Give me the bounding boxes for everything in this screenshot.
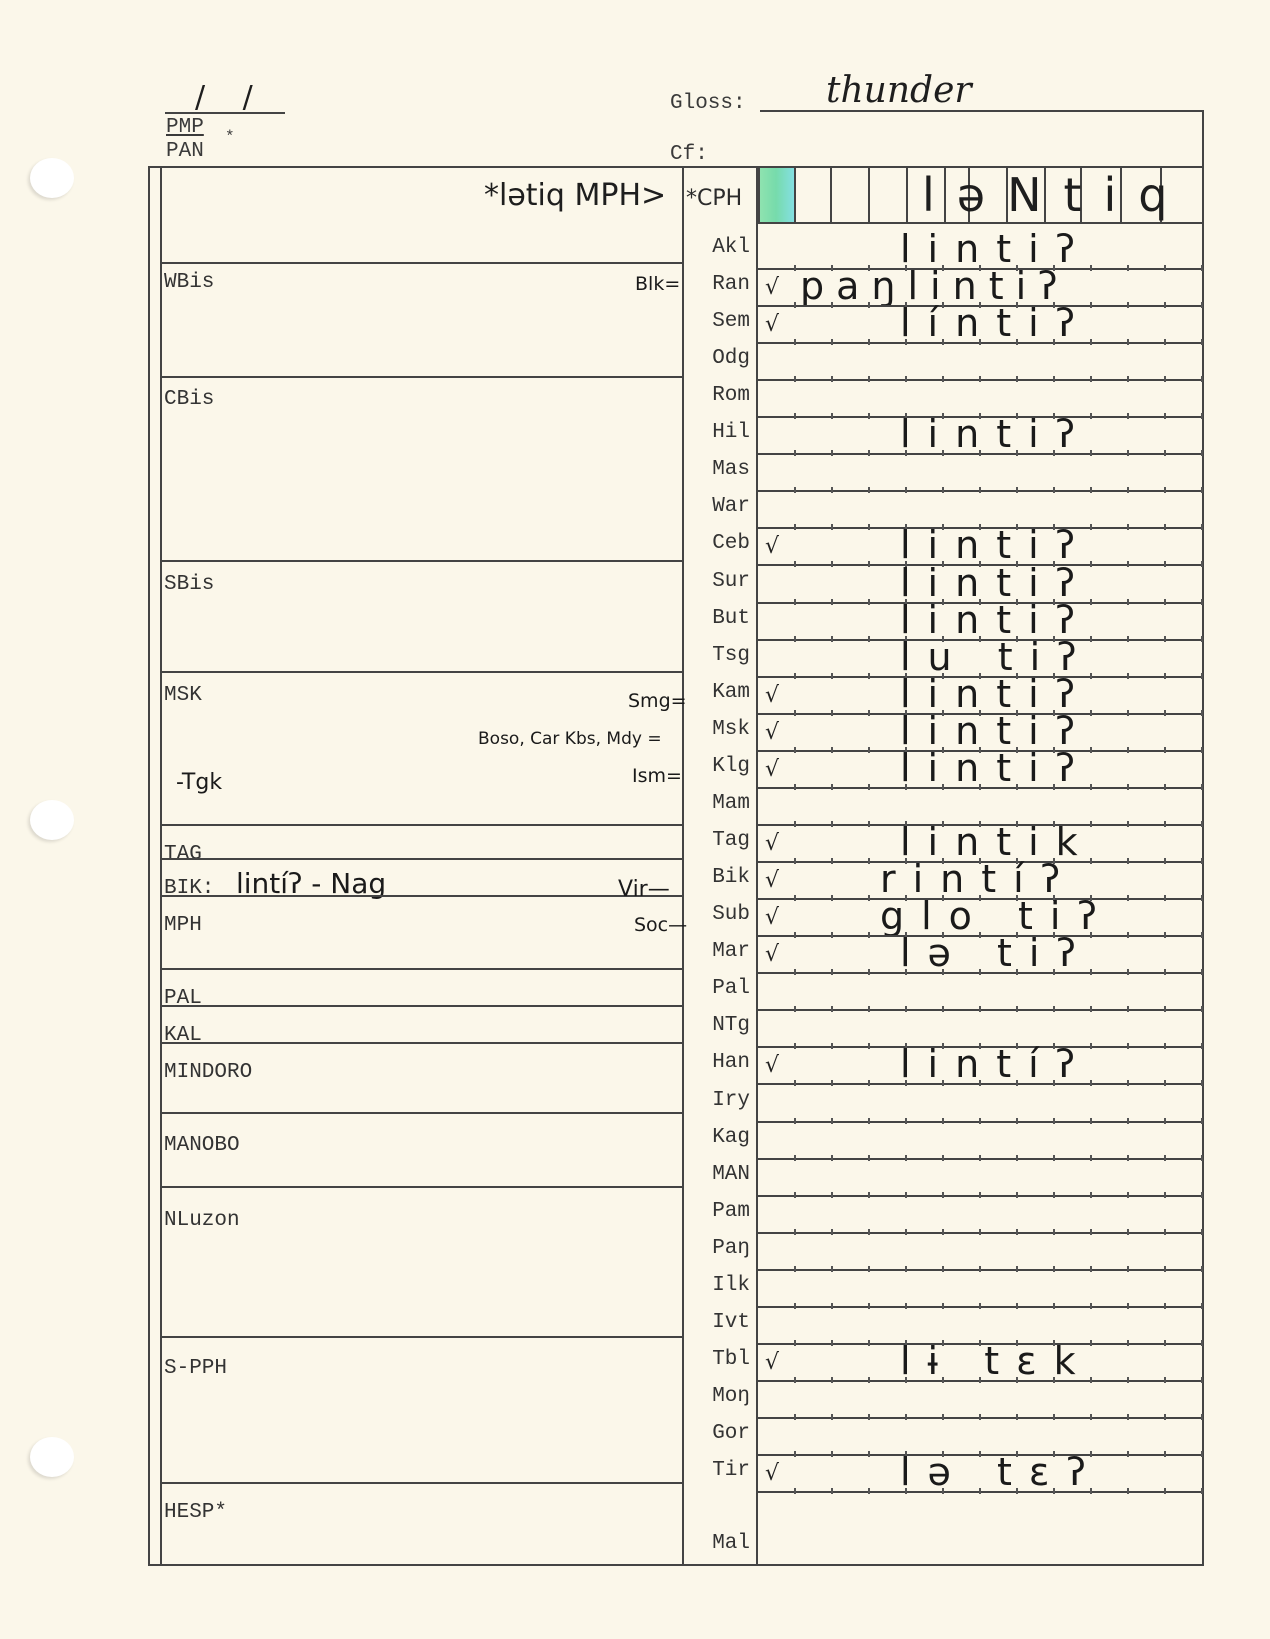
- ruled-tick: [1127, 1340, 1129, 1346]
- ruled-tick: [794, 784, 796, 790]
- ruled-tick: [1164, 487, 1166, 493]
- ruled-tick: [794, 561, 796, 567]
- ruled-tick: [868, 710, 870, 716]
- ruled-tick: [1164, 1266, 1166, 1272]
- ruled-tick: [794, 413, 796, 419]
- punch-hole-middle: [30, 800, 74, 840]
- ruled-tick: [1164, 1451, 1166, 1457]
- language-code: Sub: [676, 903, 750, 926]
- ruled-tick: [1201, 1266, 1203, 1272]
- ruled-tick: [1164, 1303, 1166, 1309]
- ruled-tick: [794, 1451, 796, 1457]
- ruled-tick: [942, 1266, 944, 1272]
- ruled-tick: [1090, 1377, 1092, 1383]
- ruled-tick: [905, 1192, 907, 1198]
- ruled-tick: [794, 1229, 796, 1235]
- ruled-tick: [1090, 1118, 1092, 1124]
- ruled-tick: [868, 1155, 870, 1161]
- ruled-tick: [831, 302, 833, 308]
- ruled-tick: [794, 1414, 796, 1420]
- ruled-tick: [1127, 487, 1129, 493]
- ruled-tick: [1201, 487, 1203, 493]
- ruled-tick: [1090, 1266, 1092, 1272]
- cognate-form[interactable]: lintik: [900, 823, 1095, 861]
- ruled-tick: [1164, 1118, 1166, 1124]
- cognate-form[interactable]: lɨ tɛk: [900, 1342, 1093, 1380]
- ruled-tick: [794, 1043, 796, 1049]
- ruled-tick: [1164, 784, 1166, 790]
- ruled-tick: [794, 1118, 796, 1124]
- check-mark-icon[interactable]: √: [765, 275, 779, 300]
- language-code: Akl: [676, 236, 750, 259]
- check-mark-icon[interactable]: √: [765, 683, 779, 708]
- language-code: Msk: [676, 718, 750, 741]
- ruled-tick: [905, 1266, 907, 1272]
- cognate-form[interactable]: lintiʔ: [900, 712, 1092, 750]
- ruled-tick: [1164, 376, 1166, 382]
- section-label: MINDORO: [164, 1061, 252, 1084]
- ruled-tick: [905, 1080, 907, 1086]
- section-label: -Tgk: [176, 770, 222, 795]
- punch-hole-top: [30, 158, 74, 198]
- ruled-tick: [905, 1488, 907, 1494]
- ruled-tick: [1127, 1266, 1129, 1272]
- cognate-form[interactable]: lintiʔ: [900, 675, 1092, 713]
- star-marker: *: [225, 128, 235, 146]
- ruled-tick: [831, 1043, 833, 1049]
- ruled-tick: [794, 1303, 796, 1309]
- ruled-tick: [794, 636, 796, 642]
- check-mark-icon[interactable]: √: [765, 1350, 779, 1375]
- ruled-tick: [1201, 1377, 1203, 1383]
- ruled-tick: [868, 1451, 870, 1457]
- ruled-tick: [794, 339, 796, 345]
- ruled-tick: [1164, 1229, 1166, 1235]
- cognate-form[interactable]: lintiʔ: [900, 601, 1092, 639]
- check-mark-icon[interactable]: √: [765, 534, 779, 559]
- ruled-tick: [1201, 673, 1203, 679]
- ruled-tick: [868, 376, 870, 382]
- ruled-tick: [1127, 784, 1129, 790]
- ruled-tick: [831, 1451, 833, 1457]
- ruled-tick: [794, 673, 796, 679]
- ruled-tick: [942, 1377, 944, 1383]
- ruled-tick: [905, 487, 907, 493]
- ruled-tick: [831, 1488, 833, 1494]
- ruled-tick: [831, 1414, 833, 1420]
- ruled-tick: [1053, 1377, 1055, 1383]
- ruled-tick: [1053, 969, 1055, 975]
- language-code: Rom: [676, 384, 750, 407]
- ruled-tick: [1164, 636, 1166, 642]
- table-right-border: [1202, 110, 1204, 1566]
- ruled-tick: [868, 487, 870, 493]
- ruled-tick: [979, 1488, 981, 1494]
- ruled-tick: [942, 487, 944, 493]
- cf-label: Cf:: [670, 143, 708, 166]
- ruled-tick: [831, 710, 833, 716]
- section-label: TAG: [164, 843, 202, 866]
- ruled-tick: [794, 1377, 796, 1383]
- ruled-tick: [1201, 636, 1203, 642]
- ruled-tick: [868, 636, 870, 642]
- ruled-tick: [979, 784, 981, 790]
- ruled-tick: [1201, 969, 1203, 975]
- ruled-tick: [831, 487, 833, 493]
- cognate-form[interactable]: lintiʔ: [900, 564, 1092, 602]
- check-mark-icon[interactable]: √: [765, 312, 779, 337]
- cph-grid-cell: [906, 168, 908, 224]
- ruled-tick: [1090, 339, 1092, 345]
- ruled-tick: [942, 969, 944, 975]
- ruled-tick: [794, 1340, 796, 1346]
- ruled-tick: [1016, 1080, 1018, 1086]
- ruled-tick: [1090, 784, 1092, 790]
- ruled-tick: [942, 1080, 944, 1086]
- ruled-tick: [868, 339, 870, 345]
- ruled-tick: [1090, 1229, 1092, 1235]
- ruled-tick: [868, 1377, 870, 1383]
- ruled-tick: [1016, 1377, 1018, 1383]
- note-bik: Vir—: [618, 877, 670, 902]
- note-ran: Blk=: [635, 273, 680, 295]
- ruled-tick: [831, 895, 833, 901]
- ruled-tick: [1201, 1303, 1203, 1309]
- ruled-tick: [979, 339, 981, 345]
- ruled-tick: [1127, 821, 1129, 827]
- ruled-tick: [1016, 784, 1018, 790]
- ruled-tick: [831, 636, 833, 642]
- ruled-tick: [1201, 784, 1203, 790]
- ruled-tick: [1164, 413, 1166, 419]
- section-divider: [160, 1042, 682, 1044]
- ruled-tick: [868, 784, 870, 790]
- gloss-label: Gloss:: [670, 92, 746, 115]
- ruled-tick: [794, 487, 796, 493]
- ruled-tick: [1164, 1377, 1166, 1383]
- cognate-form[interactable]: lintíʔ: [900, 1045, 1092, 1083]
- ruled-tick: [1127, 747, 1129, 753]
- language-code: Tir: [676, 1459, 750, 1482]
- gloss-value[interactable]: thunder: [826, 70, 972, 111]
- ruled-tick: [831, 1340, 833, 1346]
- ruled-tick: [1053, 487, 1055, 493]
- ruled-tick: [794, 1006, 796, 1012]
- section-label: WBis: [164, 271, 214, 294]
- language-code: Mas: [676, 458, 750, 481]
- ruled-tick: [1016, 969, 1018, 975]
- cognate-form[interactable]: lintiʔ: [900, 749, 1092, 787]
- ruled-tick: [979, 1080, 981, 1086]
- check-mark-icon[interactable]: √: [765, 942, 779, 967]
- pmp-label: PMP: [166, 116, 204, 139]
- ruled-tick: [905, 450, 907, 456]
- language-code: Ilk: [676, 1274, 750, 1297]
- check-mark-icon[interactable]: √: [765, 831, 779, 856]
- cognate-form[interactable]: líntiʔ: [900, 304, 1092, 342]
- ruled-tick: [979, 1192, 981, 1198]
- ruled-tick: [1127, 1043, 1129, 1049]
- ruled-tick: [1090, 1303, 1092, 1309]
- ruled-tick: [1127, 1118, 1129, 1124]
- language-code: Iry: [676, 1089, 750, 1112]
- ruled-tick: [794, 710, 796, 716]
- cognate-form[interactable]: lə tɛʔ: [900, 1453, 1103, 1491]
- ruled-tick: [1127, 969, 1129, 975]
- ruled-tick: [979, 1414, 981, 1420]
- ruled-tick: [1201, 858, 1203, 864]
- ruled-tick: [905, 1006, 907, 1012]
- section-label: NLuzon: [164, 1209, 240, 1232]
- cph-highlight: [758, 168, 794, 222]
- ruled-tick: [831, 1266, 833, 1272]
- language-code: Han: [676, 1051, 750, 1074]
- ruled-tick: [942, 1303, 944, 1309]
- section-divider: [160, 671, 682, 673]
- language-code: Ran: [676, 273, 750, 296]
- section-divider: [160, 858, 682, 860]
- ruled-tick: [831, 376, 833, 382]
- ruled-tick: [794, 1488, 796, 1494]
- ruled-tick: [1016, 1414, 1018, 1420]
- cognate-form[interactable]: lə tiʔ: [900, 934, 1093, 972]
- ruled-tick: [794, 450, 796, 456]
- section-divider: [160, 968, 682, 970]
- ruled-tick: [1164, 1340, 1166, 1346]
- ruled-tick: [1127, 636, 1129, 642]
- ruled-tick: [794, 969, 796, 975]
- ruled-tick: [942, 376, 944, 382]
- pmp-underline: [165, 112, 285, 114]
- ruled-tick: [942, 1006, 944, 1012]
- ruled-tick: [1016, 1118, 1018, 1124]
- ruled-tick: [1090, 1192, 1092, 1198]
- ruled-tick: [1127, 710, 1129, 716]
- ruled-tick: [1201, 1340, 1203, 1346]
- ruled-tick: [794, 821, 796, 827]
- ruled-tick: [1201, 1192, 1203, 1198]
- cognate-form[interactable]: rintíʔ: [880, 860, 1077, 898]
- ruled-tick: [979, 1377, 981, 1383]
- note-msk: Boso, Car Kbs, Mdy =: [478, 729, 662, 749]
- ruled-tick: [942, 784, 944, 790]
- cognate-form[interactable]: lintiʔ: [900, 415, 1092, 453]
- language-code: Gor: [676, 1422, 750, 1445]
- ruled-tick: [794, 524, 796, 530]
- ruled-tick: [905, 1377, 907, 1383]
- ruled-tick: [1201, 1118, 1203, 1124]
- ruled-tick: [831, 1155, 833, 1161]
- ruled-tick: [868, 1118, 870, 1124]
- ruled-tick: [1201, 821, 1203, 827]
- table-bottom-border: [148, 1564, 1204, 1566]
- ruled-tick: [1164, 895, 1166, 901]
- section-label: MANOBO: [164, 1134, 240, 1157]
- language-code: Ceb: [676, 532, 750, 555]
- ruled-tick: [1164, 747, 1166, 753]
- check-mark-icon[interactable]: √: [765, 1053, 779, 1078]
- ruled-tick: [1127, 376, 1129, 382]
- ruled-tick: [1127, 1080, 1129, 1086]
- ruled-tick: [831, 932, 833, 938]
- ruled-tick: [831, 673, 833, 679]
- ruled-tick: [1127, 524, 1129, 530]
- ruled-tick: [1164, 858, 1166, 864]
- ruled-tick: [1016, 1229, 1018, 1235]
- ruled-tick: [831, 858, 833, 864]
- ruled-tick: [868, 524, 870, 530]
- language-code: MAN: [676, 1163, 750, 1186]
- section-divider: [160, 824, 682, 826]
- ruled-tick: [1127, 858, 1129, 864]
- cph-grid-cell: [794, 168, 796, 224]
- ruled-tick: [1090, 969, 1092, 975]
- ruled-tick: [979, 1266, 981, 1272]
- ruled-tick: [831, 1192, 833, 1198]
- ruled-tick: [1164, 599, 1166, 605]
- language-code: Paŋ: [676, 1237, 750, 1260]
- ruled-tick: [942, 1118, 944, 1124]
- ruled-tick: [868, 413, 870, 419]
- section-divider: [160, 1005, 682, 1007]
- ruled-tick: [831, 599, 833, 605]
- ruled-tick: [1053, 784, 1055, 790]
- ruled-tick: [1201, 1155, 1203, 1161]
- ruled-tick: [1164, 1080, 1166, 1086]
- ruled-tick: [831, 784, 833, 790]
- language-code: Klg: [676, 755, 750, 778]
- cph-grid-cell: [868, 168, 870, 224]
- language-code: Tag: [676, 829, 750, 852]
- ruled-tick: [794, 1192, 796, 1198]
- ruled-tick: [1201, 376, 1203, 382]
- ruled-tick: [794, 1266, 796, 1272]
- check-mark-icon[interactable]: √: [765, 1461, 779, 1486]
- section-divider: [160, 376, 682, 378]
- ruled-tick: [868, 1266, 870, 1272]
- ruled-tick: [979, 1303, 981, 1309]
- ruled-tick: [1201, 1488, 1203, 1494]
- ruled-tick: [1201, 1451, 1203, 1457]
- ruled-tick: [831, 1303, 833, 1309]
- ruled-tick: [1201, 895, 1203, 901]
- ruled-tick: [1201, 339, 1203, 345]
- ruled-tick: [1053, 1006, 1055, 1012]
- language-code: Ivt: [676, 1311, 750, 1334]
- ruled-tick: [1164, 969, 1166, 975]
- ruled-tick: [1127, 1192, 1129, 1198]
- language-code: NTg: [676, 1014, 750, 1037]
- punch-hole-bottom: [30, 1437, 74, 1477]
- ruled-tick: [1127, 1414, 1129, 1420]
- ruled-tick: [1201, 302, 1203, 308]
- ruled-tick: [1201, 710, 1203, 716]
- language-code: Pal: [676, 977, 750, 1000]
- ruled-tick: [1201, 1414, 1203, 1420]
- section-label: HESP*: [164, 1501, 227, 1524]
- ruled-tick: [831, 1080, 833, 1086]
- ruled-tick: [1127, 1377, 1129, 1383]
- ruled-tick: [1090, 265, 1092, 271]
- proto-form-note: *lətiq MPH>: [484, 178, 666, 213]
- section-label: CBis: [164, 388, 214, 411]
- ruled-tick: [1016, 1006, 1018, 1012]
- check-mark-icon[interactable]: √: [765, 757, 779, 782]
- cognate-form[interactable]: glo tiʔ: [880, 897, 1114, 935]
- ruled-tick: [868, 1006, 870, 1012]
- ruled-tick: [794, 858, 796, 864]
- ruled-tick: [831, 561, 833, 567]
- ruled-tick: [1090, 1006, 1092, 1012]
- section-divider: [160, 560, 682, 562]
- ruled-tick: [868, 1043, 870, 1049]
- ruled-tick: [868, 821, 870, 827]
- ruled-tick: [868, 599, 870, 605]
- ruled-tick: [794, 265, 796, 271]
- ruled-tick: [1053, 1488, 1055, 1494]
- language-code: Kag: [676, 1126, 750, 1149]
- ruled-tick: [1127, 1488, 1129, 1494]
- ruled-tick: [1201, 932, 1203, 938]
- ruled-tick: [868, 561, 870, 567]
- ruled-tick: [1127, 599, 1129, 605]
- cph-form[interactable]: ləNtiq: [922, 168, 1190, 222]
- ruled-tick: [831, 747, 833, 753]
- check-mark-icon[interactable]: √: [765, 905, 779, 930]
- ruled-tick: [1053, 376, 1055, 382]
- ruled-tick: [1127, 895, 1129, 901]
- pan-label: PAN: [166, 140, 204, 163]
- ruled-tick: [1164, 450, 1166, 456]
- ruled-tick: [1164, 339, 1166, 345]
- cognate-form[interactable]: lintiʔ: [900, 526, 1092, 564]
- check-mark-icon[interactable]: √: [765, 720, 779, 745]
- ruled-tick: [1127, 1229, 1129, 1235]
- cph-grid-cell: [758, 168, 760, 224]
- ruled-tick: [942, 1488, 944, 1494]
- ruled-tick: [905, 1303, 907, 1309]
- language-code: Pam: [676, 1200, 750, 1223]
- note-klg: Ism=: [632, 765, 682, 787]
- ruled-tick: [905, 376, 907, 382]
- check-mark-icon[interactable]: √: [765, 868, 779, 893]
- ruled-tick: [1090, 376, 1092, 382]
- ruled-tick: [1127, 339, 1129, 345]
- ruled-tick: [1127, 450, 1129, 456]
- table-left-border-outer: [148, 166, 150, 1566]
- ruled-tick: [868, 302, 870, 308]
- cognate-form[interactable]: lintiʔ: [900, 230, 1092, 268]
- ruled-tick: [1090, 1488, 1092, 1494]
- cognate-form[interactable]: lu tiʔ: [900, 638, 1094, 676]
- ruled-tick: [868, 1192, 870, 1198]
- cognate-form[interactable]: paŋlintiʔ: [800, 267, 1070, 305]
- ruled-tick: [1164, 1488, 1166, 1494]
- ruled-tick: [1090, 1414, 1092, 1420]
- language-code: Odg: [676, 347, 750, 370]
- ruled-tick: [1090, 1080, 1092, 1086]
- ruled-tick: [1016, 1303, 1018, 1309]
- cph-row-bottom: [756, 222, 1202, 224]
- ruled-tick: [1164, 932, 1166, 938]
- ruled-tick: [979, 1229, 981, 1235]
- ruled-tick: [905, 1118, 907, 1124]
- ruled-tick: [905, 969, 907, 975]
- ruled-tick: [831, 969, 833, 975]
- accent-slashes: / /: [195, 80, 267, 115]
- ruled-tick: [1164, 1192, 1166, 1198]
- section-divider: [160, 1112, 682, 1114]
